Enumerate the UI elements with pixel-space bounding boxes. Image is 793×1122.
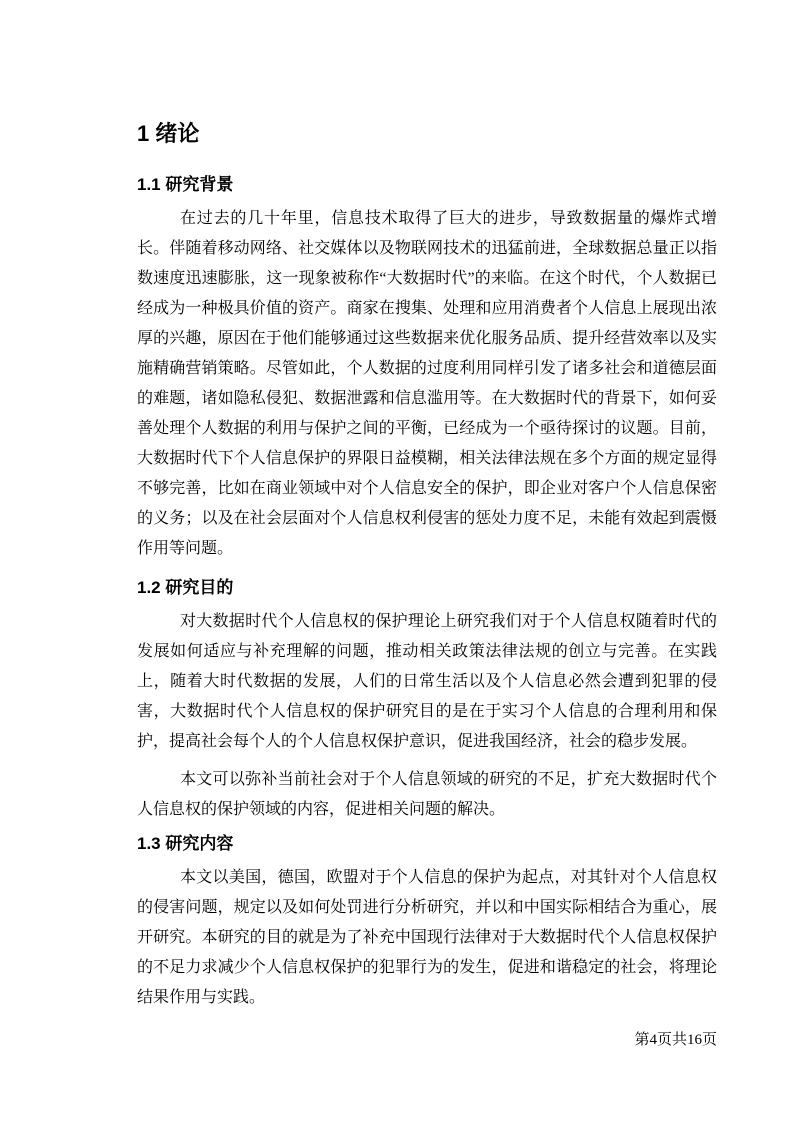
section-heading-research-purpose: 1.2 研究目的 [137, 577, 717, 599]
paragraph-research-purpose-2: 本文可以弥补当前社会对于个人信息领域的研究的不足，扩充大数据时代个人信息权的保护… [137, 765, 717, 825]
paragraph-research-background: 在过去的几十年里，信息技术取得了巨大的进步，导致数据量的爆炸式增长。伴随着移动网… [137, 204, 717, 564]
page-number-footer: 第4页共16页 [634, 1030, 717, 1050]
section-heading-research-content: 1.3 研究内容 [137, 833, 717, 855]
document-page: 1 绪论 1.1 研究背景 在过去的几十年里，信息技术取得了巨大的进步，导致数据… [0, 0, 793, 1122]
section-heading-research-background: 1.1 研究背景 [137, 174, 717, 196]
document-content: 1 绪论 1.1 研究背景 在过去的几十年里，信息技术取得了巨大的进步，导致数据… [137, 0, 717, 1013]
chapter-title: 1 绪论 [137, 121, 717, 147]
paragraph-research-purpose-1: 对大数据时代个人信息权的保护理论上研究我们对于个人信息权随着时代的发展如何适应与… [137, 607, 717, 757]
paragraph-research-content: 本文以美国，德国，欧盟对于个人信息的保护为起点，对其针对个人信息权的侵害问题，规… [137, 863, 717, 1013]
